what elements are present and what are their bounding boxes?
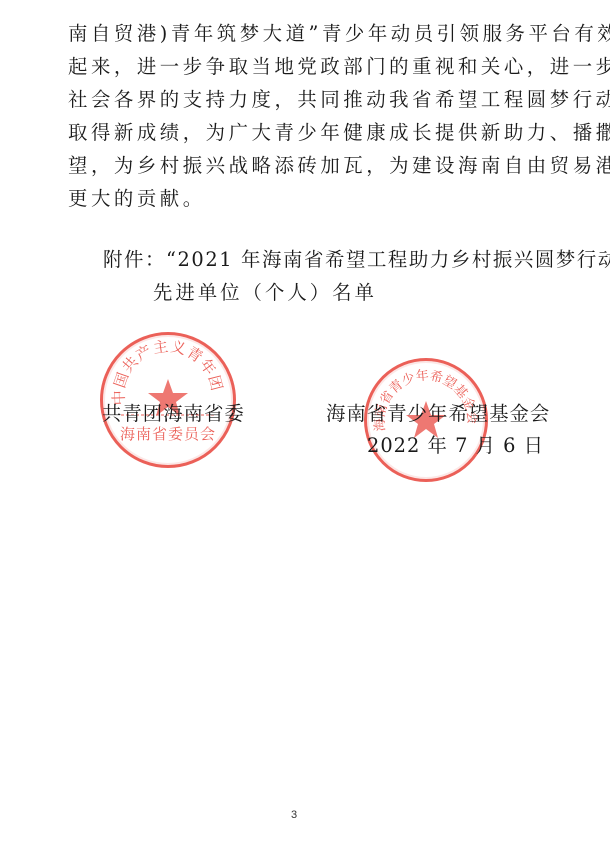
seal-bottom-text: 海南省委员会 <box>120 425 216 443</box>
attachment-note: 附件：“2021 年海南省希望工程助力乡村振兴圆梦行动” 先进单位（个人）名单 <box>103 243 610 309</box>
body-line: 望，为乡村振兴战略添砖加瓦，为建设海南自由贸易港作出 <box>68 149 538 182</box>
body-line: 社会各界的支持力度，共同推动我省希望工程圆梦行动不断 <box>68 83 538 116</box>
body-line: 起来，进一步争取当地党政部门的重视和关心，进一步加大 <box>68 50 538 83</box>
attachment-subtitle: 先进单位（个人）名单 <box>103 276 610 309</box>
signature-org-left: 共青团海南省委 <box>102 398 245 426</box>
body-paragraph: 南自贸港)青年筑梦大道”青少年动员引领服务平台有效结合 起来，进一步争取当地党政… <box>68 17 538 215</box>
body-line: 南自贸港)青年筑梦大道”青少年动员引领服务平台有效结合 <box>68 17 538 50</box>
signature-org-right: 海南省青少年希望基金会 <box>326 398 550 426</box>
document-page: 南自贸港)青年筑梦大道”青少年动员引领服务平台有效结合 起来，进一步争取当地党政… <box>0 0 610 842</box>
signature-date: 2022 年 7 月 6 日 <box>367 430 544 458</box>
body-line: 取得新成绩，为广大青少年健康成长提供新助力、播撒新希 <box>68 116 538 149</box>
page-number: 3 <box>291 809 297 821</box>
attachment-title: 附件：“2021 年海南省希望工程助力乡村振兴圆梦行动” <box>103 243 610 276</box>
body-line: 更大的贡献。 <box>68 182 538 215</box>
